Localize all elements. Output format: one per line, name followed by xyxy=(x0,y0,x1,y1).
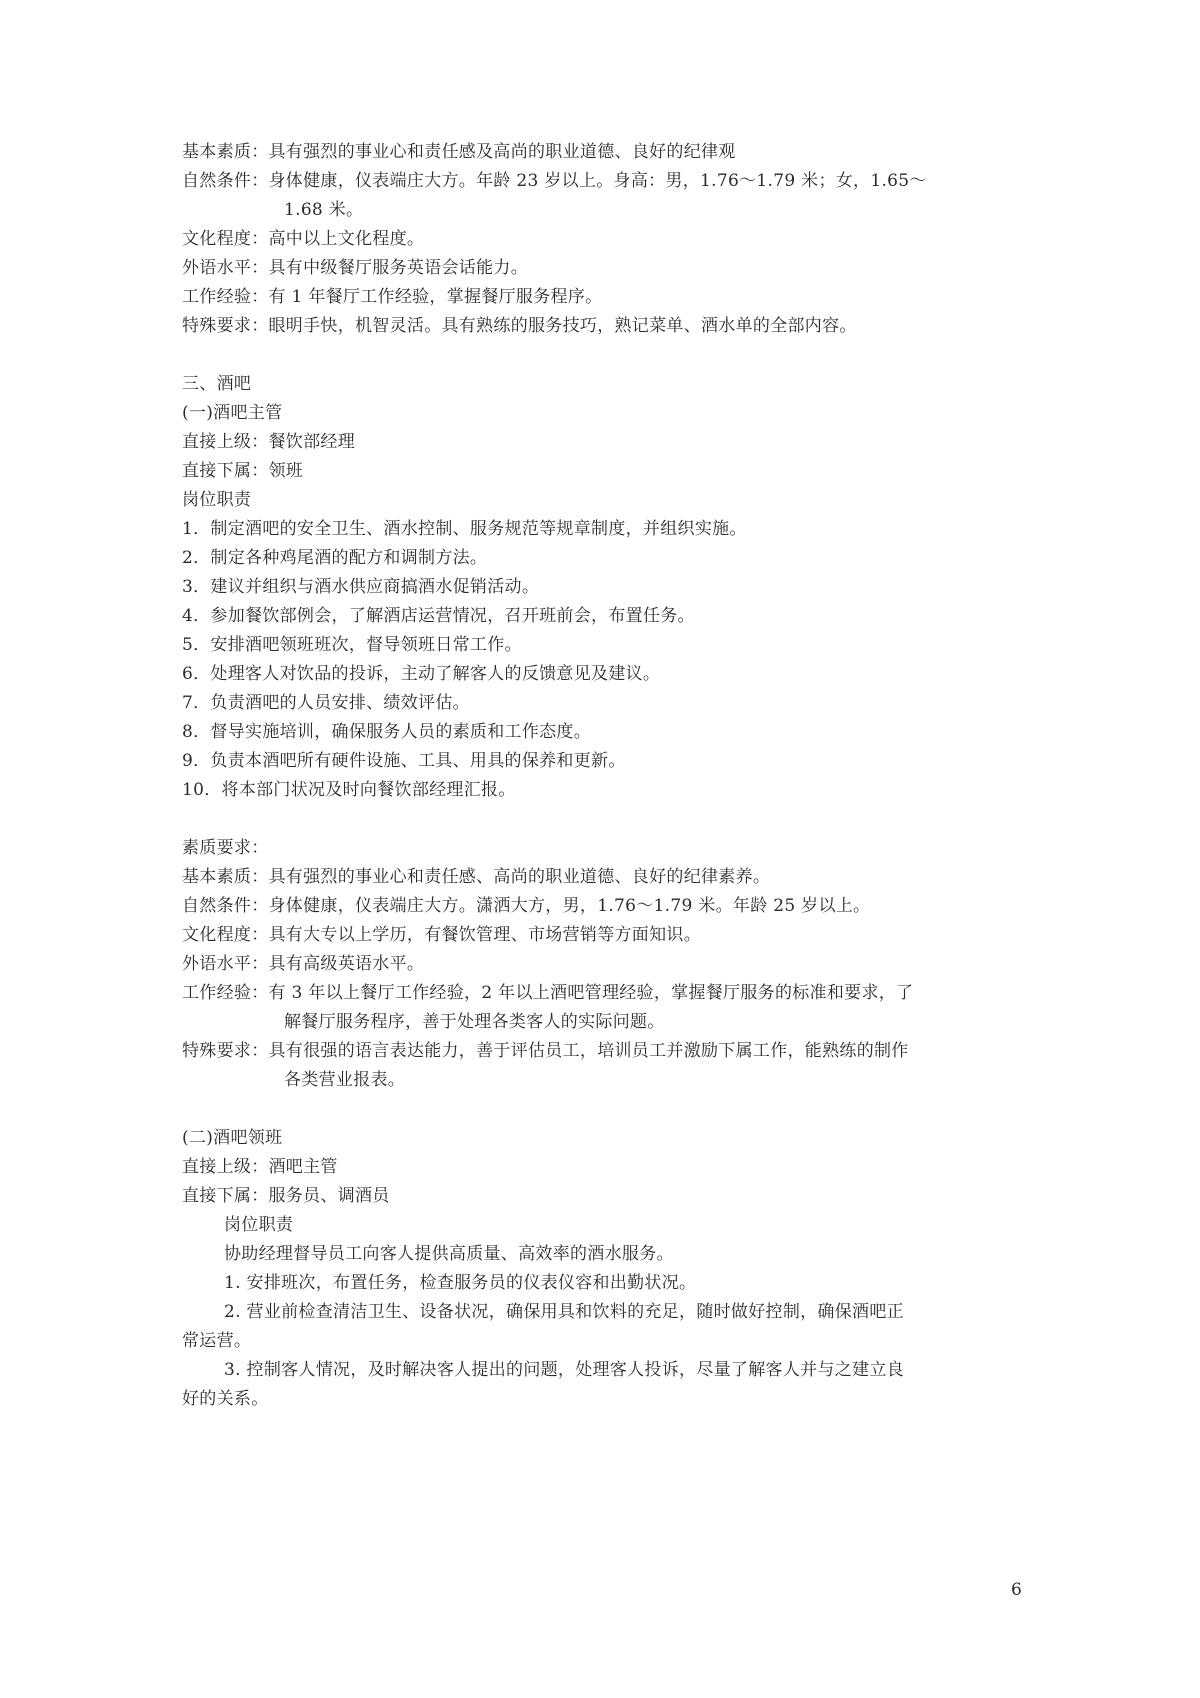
field-value: 身体健康，仪表端庄大方。潇洒大方，男，1.76～1.79 米。年龄 25 岁以上… xyxy=(269,894,871,918)
field-value: 具有强烈的事业心和责任感及高尚的职业道德、良好的纪律观 xyxy=(269,140,736,164)
req-language: 外语水平： 具有高级英语水平。 xyxy=(182,952,424,976)
field-label: 直接下属： xyxy=(182,1184,269,1208)
field-value: 具有很强的语言表达能力，善于评估员工，培训员工并激励下属工作，能熟练的制作 xyxy=(269,1039,909,1063)
req-experience: 工作经验： 有 3 年以上餐厅工作经验，2 年以上酒吧管理经验，掌握餐厅服务的标… xyxy=(182,981,913,1005)
field-label: 自然条件： xyxy=(182,894,269,918)
field-label: 外语水平： xyxy=(182,952,269,976)
field-label: 自然条件： xyxy=(182,169,269,193)
duty-item-cont: 好的关系。 xyxy=(182,1387,269,1411)
page-number: 6 xyxy=(1011,1578,1022,1602)
section-title: 三、酒吧 xyxy=(182,372,251,396)
direct-subordinate: 直接下属： 领班 xyxy=(182,459,303,483)
duty-item-cont: 常运营。 xyxy=(182,1329,251,1353)
field-value: 酒吧主管 xyxy=(269,1155,338,1179)
duties-heading: 岗位职责 xyxy=(182,488,251,512)
field-label: 文化程度： xyxy=(182,923,269,947)
subsection-title: (一)酒吧主管 xyxy=(182,401,282,425)
duty-item: 9．负责本酒吧所有硬件设施、工具、用具的保养和更新。 xyxy=(182,749,626,773)
field-label: 直接下属： xyxy=(182,459,269,483)
field-value: 高中以上文化程度。 xyxy=(269,227,425,251)
duty-item: 1. 安排班次，布置任务，检查服务员的仪表仪容和出勤状况。 xyxy=(224,1271,696,1295)
field-label: 直接上级： xyxy=(182,1155,269,1179)
field-label: 基本素质： xyxy=(182,865,269,889)
req-education: 文化程度： 具有大专以上学历，有餐饮管理、市场营销等方面知识。 xyxy=(182,923,701,947)
field-value: 服务员、调酒员 xyxy=(269,1184,390,1208)
req-special: 特殊要求： 眼明手快，机智灵活。具有熟练的服务技巧，熟记菜单、酒水单的全部内容。 xyxy=(182,314,857,338)
document-page: 基本素质： 具有强烈的事业心和责任感及高尚的职业道德、良好的纪律观 自然条件： … xyxy=(0,0,1200,1698)
duty-item: 3. 控制客人情况，及时解决客人提出的问题，处理客人投诉，尽量了解客人并与之建立… xyxy=(224,1358,904,1382)
field-label: 文化程度： xyxy=(182,227,269,251)
duty-item: 7．负责酒吧的人员安排、绩效评估。 xyxy=(182,691,470,715)
req-special: 特殊要求： 具有很强的语言表达能力，善于评估员工，培训员工并激励下属工作，能熟练… xyxy=(182,1039,909,1063)
field-value: 有 3 年以上餐厅工作经验，2 年以上酒吧管理经验，掌握餐厅服务的标准和要求，了 xyxy=(269,981,914,1005)
duty-item: 4．参加餐饮部例会，了解酒店运营情况，召开班前会，布置任务。 xyxy=(182,604,695,628)
field-label: 基本素质： xyxy=(182,140,269,164)
direct-superior: 直接上级： 餐饮部经理 xyxy=(182,430,355,454)
req-physical-condition: 自然条件： 身体健康，仪表端庄大方。年龄 23 岁以上。身高：男，1.76～1.… xyxy=(182,169,927,193)
field-label: 工作经验： xyxy=(182,981,269,1005)
field-value: 眼明手快，机智灵活。具有熟练的服务技巧，熟记菜单、酒水单的全部内容。 xyxy=(269,314,857,338)
duty-item: 2．制定各种鸡尾酒的配方和调制方法。 xyxy=(182,546,487,570)
req-education: 文化程度： 高中以上文化程度。 xyxy=(182,227,424,251)
req-special-cont: 各类营业报表。 xyxy=(284,1068,405,1092)
subsection-title: (二)酒吧领班 xyxy=(182,1126,282,1150)
duty-item: 3．建议并组织与酒水供应商搞酒水促销活动。 xyxy=(182,575,539,599)
duty-item: 5．安排酒吧领班班次，督导领班日常工作。 xyxy=(182,633,522,657)
duty-item: 1．制定酒吧的安全卫生、酒水控制、服务规范等规章制度，并组织实施。 xyxy=(182,517,747,541)
field-label: 特殊要求： xyxy=(182,314,269,338)
field-value: 具有强烈的事业心和责任感、高尚的职业道德、良好的纪律素养。 xyxy=(269,865,771,889)
field-label: 直接上级： xyxy=(182,430,269,454)
duty-item: 10．将本部门状况及时向餐饮部经理汇报。 xyxy=(182,778,516,802)
duty-item: 2. 营业前检查清洁卫生、设备状况，确保用具和饮料的充足，随时做好控制，确保酒吧… xyxy=(224,1300,904,1324)
req-language: 外语水平： 具有中级餐厅服务英语会话能力。 xyxy=(182,256,528,280)
direct-superior: 直接上级： 酒吧主管 xyxy=(182,1155,338,1179)
duty-item: 8．督导实施培训，确保服务人员的素质和工作态度。 xyxy=(182,720,591,744)
field-value: 具有高级英语水平。 xyxy=(269,952,425,976)
req-physical-condition: 自然条件： 身体健康，仪表端庄大方。潇洒大方，男，1.76～1.79 米。年龄 … xyxy=(182,894,870,918)
field-value: 身体健康，仪表端庄大方。年龄 23 岁以上。身高：男，1.76～1.79 米；女… xyxy=(269,169,927,193)
duties-intro: 协助经理督导员工向客人提供高质量、高效率的酒水服务。 xyxy=(224,1242,674,1266)
req-physical-condition-cont: 1.68 米。 xyxy=(284,198,363,222)
req-experience-cont: 解餐厅服务程序，善于处理各类客人的实际问题。 xyxy=(284,1010,665,1034)
duty-item: 6．处理客人对饮品的投诉，主动了解客人的反馈意见及建议。 xyxy=(182,662,660,686)
field-value: 具有中级餐厅服务英语会话能力。 xyxy=(269,256,529,280)
req-basic-quality: 基本素质： 具有强烈的事业心和责任感、高尚的职业道德、良好的纪律素养。 xyxy=(182,865,770,889)
field-label: 工作经验： xyxy=(182,285,269,309)
field-label: 外语水平： xyxy=(182,256,269,280)
req-experience: 工作经验： 有 1 年餐厅工作经验，掌握餐厅服务程序。 xyxy=(182,285,602,309)
field-label: 特殊要求： xyxy=(182,1039,269,1063)
duties-heading: 岗位职责 xyxy=(224,1213,293,1237)
field-value: 餐饮部经理 xyxy=(269,430,356,454)
field-value: 具有大专以上学历，有餐饮管理、市场营销等方面知识。 xyxy=(269,923,702,947)
requirements-heading: 素质要求： xyxy=(182,836,269,860)
direct-subordinate: 直接下属： 服务员、调酒员 xyxy=(182,1184,390,1208)
field-value: 领班 xyxy=(269,459,304,483)
req-basic-quality: 基本素质： 具有强烈的事业心和责任感及高尚的职业道德、良好的纪律观 xyxy=(182,140,736,164)
field-value: 有 1 年餐厅工作经验，掌握餐厅服务程序。 xyxy=(269,285,603,309)
